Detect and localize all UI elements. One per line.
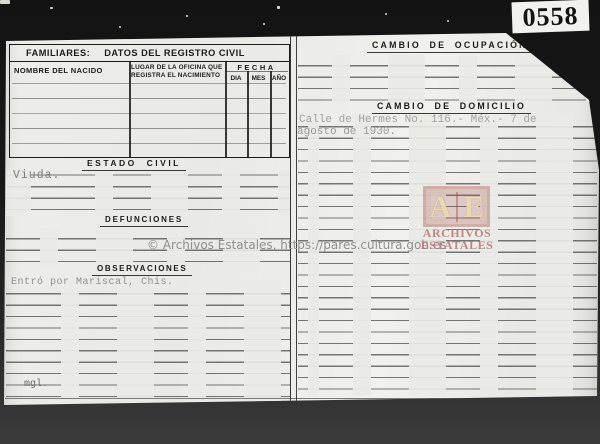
watermark-text: © Archivos Estatales, https://pares.cult… bbox=[147, 238, 446, 252]
registro-civil-label: DATOS DEL REGISTRO CIVIL bbox=[104, 48, 245, 58]
domicilio-value-line1: Calle de Hermes No. 116.- Méx.- 7 de bbox=[299, 114, 537, 126]
archivos-estatales-logo: A E bbox=[423, 186, 490, 227]
familiares-table: FAMILIARES: DATOS DEL REGISTRO CIVIL NOM… bbox=[9, 44, 290, 158]
subcolumn-header-mes: MES bbox=[247, 75, 270, 82]
familiares-table-title: FAMILIARES: DATOS DEL REGISTRO CIVIL bbox=[10, 45, 289, 62]
ruled-lines-region bbox=[298, 55, 593, 102]
column-header-fecha: FECHA bbox=[225, 63, 288, 72]
column-header-lugar-line1: LUGAR DE LA OFICINA QUE bbox=[131, 64, 224, 72]
clerk-initials: mgl. bbox=[24, 379, 48, 390]
logo-caption-estatales: ESTATALES bbox=[418, 239, 496, 251]
paper-corner-sliver bbox=[0, 0, 10, 4]
ruled-lines-region bbox=[6, 280, 290, 401]
subcolumn-header-dia: DIA bbox=[225, 75, 247, 82]
card-center-divider bbox=[290, 36, 297, 402]
cambio-ocupacion-heading: CAMBIO DE OCUPACIÓN bbox=[367, 40, 533, 53]
photo-number: 0558 bbox=[522, 1, 579, 33]
familiares-label: FAMILIARES: bbox=[26, 48, 90, 58]
table-row-line bbox=[12, 113, 286, 114]
ruled-lines-region bbox=[298, 113, 597, 396]
table-row-line bbox=[12, 128, 286, 129]
dust-speck bbox=[447, 20, 449, 22]
logo-letter-a: A bbox=[429, 191, 451, 222]
logo-letter-e: E bbox=[463, 191, 484, 222]
column-header-lugar-line2: REGISTRA EL NACIMIENTO bbox=[131, 72, 224, 80]
scanned-document-photo: 0558 FAMILIARES: DATOS DEL REGISTRO CIVI… bbox=[0, 0, 600, 444]
domicilio-value-line2: agosto de 1930. bbox=[297, 126, 396, 138]
dust-speck bbox=[263, 23, 265, 25]
subcolumn-header-ano: AÑO bbox=[270, 75, 288, 82]
observaciones-value: Entró por Mariscal, Chis. bbox=[11, 277, 174, 288]
record-card-paper: FAMILIARES: DATOS DEL REGISTRO CIVIL NOM… bbox=[0, 0, 600, 444]
cambio-domicilio-heading: CAMBIO DE DOMICILIO bbox=[372, 101, 531, 114]
table-row-line bbox=[12, 98, 286, 99]
dust-speck bbox=[119, 26, 121, 28]
estado-civil-value: Viuda. bbox=[13, 169, 60, 182]
estado-civil-heading: ESTADO CIVIL bbox=[82, 158, 186, 171]
dust-speck bbox=[385, 13, 387, 15]
logo-letter-divider bbox=[456, 192, 458, 222]
dust-speck bbox=[277, 6, 280, 9]
column-header-nombre: NOMBRE DEL NACIDO bbox=[14, 66, 103, 75]
dust-speck bbox=[186, 15, 188, 17]
table-row-line bbox=[12, 83, 286, 84]
card-bottom-rule bbox=[5, 398, 595, 399]
table-row-line bbox=[12, 143, 286, 144]
photo-number-label: 0558 bbox=[511, 0, 589, 33]
defunciones-heading: DEFUNCIONES bbox=[100, 215, 188, 227]
observaciones-heading: OBSERVACIONES bbox=[92, 264, 192, 276]
dust-speck bbox=[50, 7, 53, 9]
